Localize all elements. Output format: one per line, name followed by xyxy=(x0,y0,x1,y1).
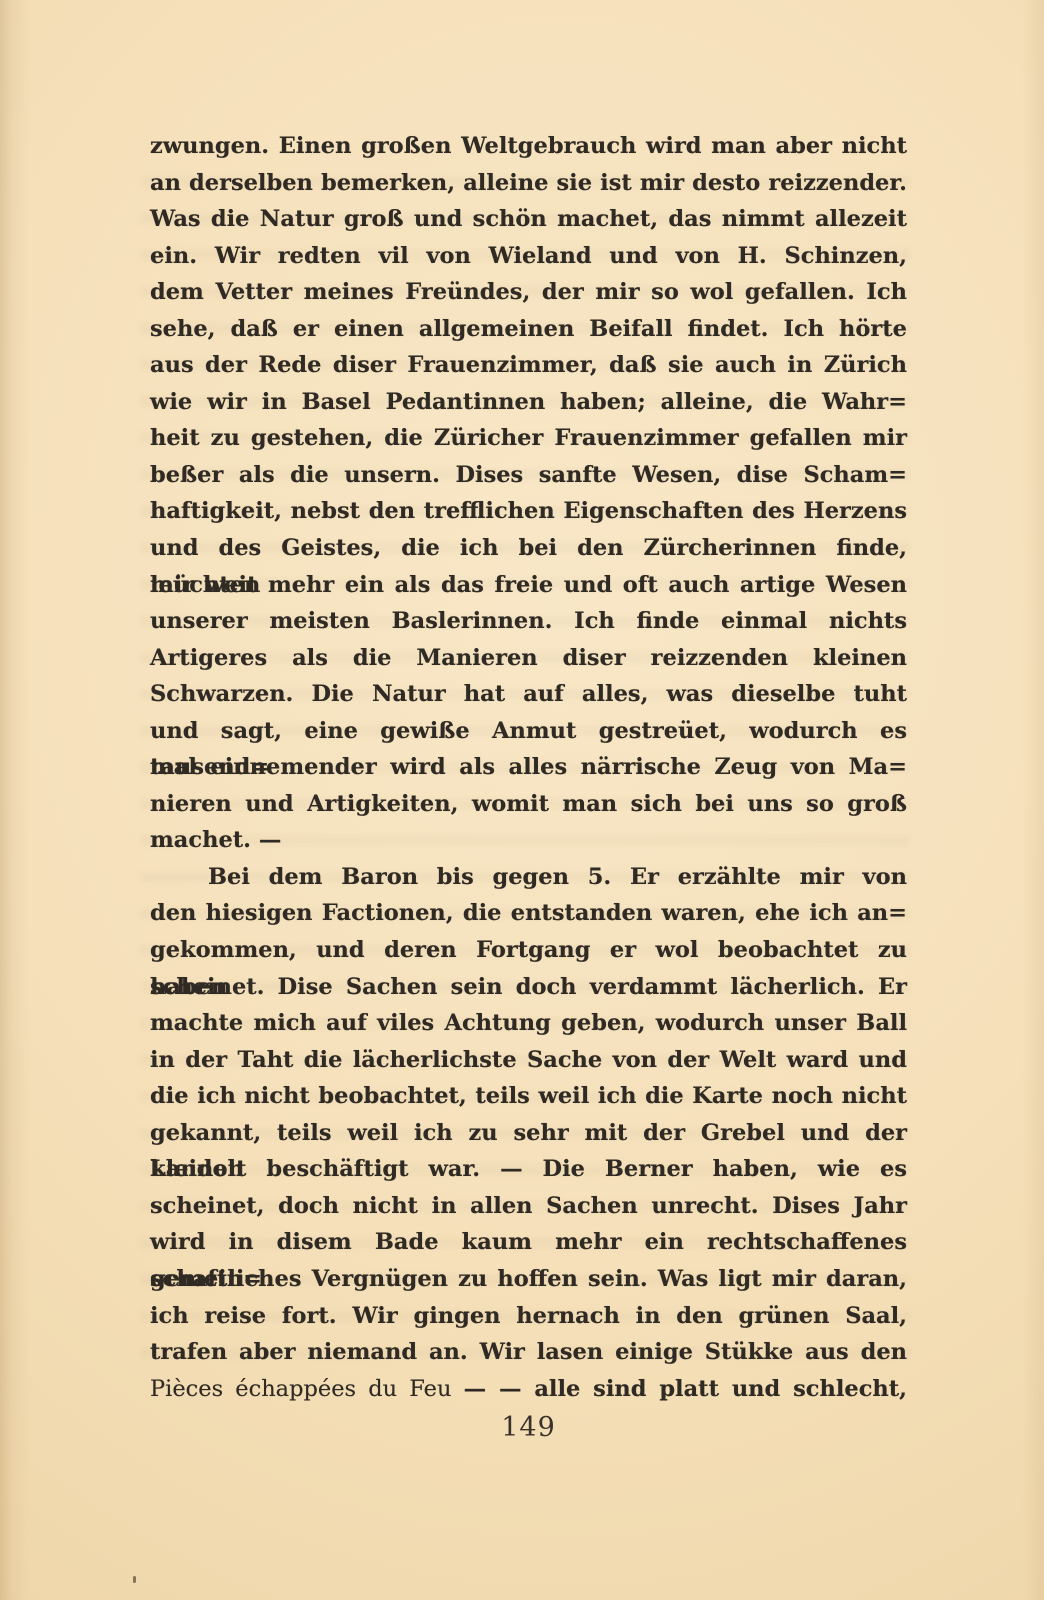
fraktur-text-segment: trafen aber niemand an. Wir lasen einige… xyxy=(150,1339,907,1365)
fraktur-text-segment: heit zu gestehen, die Züricher Frauenzim… xyxy=(150,425,907,451)
fraktur-text-segment: haftigkeit, nebst den trefflichen Eigens… xyxy=(150,498,907,524)
text-line: machte mich auf viles Achtung geben, wod… xyxy=(150,1005,907,1042)
fraktur-text-segment: — — alle sind platt und schlecht, xyxy=(464,1376,907,1402)
text-line: in der Taht die lächerlichste Sache von … xyxy=(150,1042,907,1079)
roman-text-segment: Pièces échappées du Feu xyxy=(150,1376,464,1402)
fraktur-text-segment: machet. — xyxy=(150,827,281,853)
text-line: scheinet, doch nicht in allen Sachen unr… xyxy=(150,1188,907,1225)
text-line: machet. — xyxy=(150,822,907,859)
fraktur-text-segment: Bei dem Baron bis gegen 5. Er erzählte m… xyxy=(208,864,907,890)
text-line: wie wir in Basel Pedantinnen haben; alle… xyxy=(150,384,907,421)
text-line: scheinet. Dise Sachen sein doch verdammt… xyxy=(150,969,907,1006)
fraktur-text-segment: zwungen. Einen großen Weltgebrauch wird … xyxy=(150,133,907,159)
text-line: sehe, daß er einen allgemeinen Beifall f… xyxy=(150,311,907,348)
text-line: mal einnemender wird als alles närrische… xyxy=(150,749,907,786)
text-line: dem Vetter meines Freündes, der mir so w… xyxy=(150,274,907,311)
text-line: nieren und Artigkeiten, womit man sich b… xyxy=(150,786,907,823)
paper-speck xyxy=(133,1576,136,1583)
text-line: wird in disem Bade kaum mehr ein rechtsc… xyxy=(150,1224,907,1261)
text-line: schaftliches Vergnügen zu hoffen sein. W… xyxy=(150,1261,907,1298)
fraktur-text-segment: scheinet. Dise Sachen sein doch verdammt… xyxy=(150,974,907,1000)
text-line: Landolt beschäftigt war. — Die Berner ha… xyxy=(150,1151,907,1188)
text-line: an derselben bemerken, alleine sie ist m… xyxy=(150,165,907,202)
fraktur-text-segment: beßer als die unsern. Dises sanfte Wesen… xyxy=(150,462,907,488)
fraktur-text-segment: nieren und Artigkeiten, womit man sich b… xyxy=(150,791,907,817)
fraktur-text-segment: Was die Natur groß und schön machet, das… xyxy=(150,206,907,232)
fraktur-text-segment: sehe, daß er einen allgemeinen Beifall f… xyxy=(150,316,907,342)
fraktur-text-segment: schaftliches Vergnügen zu hoffen sein. W… xyxy=(150,1266,907,1292)
fraktur-text-segment: machte mich auf viles Achtung geben, wod… xyxy=(150,1010,907,1036)
text-line: gekannt, teils weil ich zu sehr mit der … xyxy=(150,1115,907,1152)
text-line: die ich nicht beobachtet, teils weil ich… xyxy=(150,1078,907,1115)
text-line: heit zu gestehen, die Züricher Frauenzim… xyxy=(150,420,907,457)
text-line: Schwarzen. Die Natur hat auf alles, was … xyxy=(150,676,907,713)
fraktur-text-segment: ein. Wir redten vil von Wieland und von … xyxy=(150,243,907,269)
text-line: haftigkeit, nebst den trefflichen Eigens… xyxy=(150,493,907,530)
text-line: unserer meisten Baslerinnen. Ich finde e… xyxy=(150,603,907,640)
fraktur-text-segment: mir weit mehr ein als das freie und oft … xyxy=(150,572,907,598)
fraktur-text-segment: Artigeres als die Manieren diser reizzen… xyxy=(150,645,907,671)
fraktur-text-segment: mal einnemender wird als alles närrische… xyxy=(150,754,907,780)
text-line: Artigeres als die Manieren diser reizzen… xyxy=(150,640,907,677)
fraktur-text-segment: Landolt beschäftigt war. — Die Berner ha… xyxy=(150,1156,907,1182)
text-line: aus der Rede diser Frauenzimmer, daß sie… xyxy=(150,347,907,384)
text-line: gekommen, und deren Fortgang er wol beob… xyxy=(150,932,907,969)
text-line: und sagt, eine gewiße Anmut gestreüet, w… xyxy=(150,713,907,750)
book-page-scan: zwungen. Einen großen Weltgebrauch wird … xyxy=(0,0,1044,1600)
fraktur-text-segment: unserer meisten Baslerinnen. Ich finde e… xyxy=(150,608,907,634)
text-line: Bei dem Baron bis gegen 5. Er erzählte m… xyxy=(150,859,907,896)
text-line: ich reise fort. Wir gingen hernach in de… xyxy=(150,1298,907,1335)
fraktur-text-segment: wie wir in Basel Pedantinnen haben; alle… xyxy=(150,389,907,415)
text-line: zwungen. Einen großen Weltgebrauch wird … xyxy=(150,128,907,165)
fraktur-text-segment: dem Vetter meines Freündes, der mir so w… xyxy=(150,279,907,305)
fraktur-text-segment: an derselben bemerken, alleine sie ist m… xyxy=(150,170,907,196)
text-line: trafen aber niemand an. Wir lasen einige… xyxy=(150,1334,907,1371)
fraktur-text-segment: in der Taht die lächerlichste Sache von … xyxy=(150,1047,907,1073)
text-line: und des Geistes, die ich bei den Zürcher… xyxy=(150,530,907,567)
fraktur-text-segment: die ich nicht beobachtet, teils weil ich… xyxy=(150,1083,907,1109)
fraktur-text-segment: scheinet, doch nicht in allen Sachen unr… xyxy=(150,1193,907,1219)
text-line: ein. Wir redten vil von Wieland und von … xyxy=(150,238,907,275)
text-block: zwungen. Einen großen Weltgebrauch wird … xyxy=(150,128,907,1407)
fraktur-text-segment: Schwarzen. Die Natur hat auf alles, was … xyxy=(150,681,907,707)
text-line: Pièces échappées du Feu — — alle sind pl… xyxy=(150,1371,907,1408)
text-line: beßer als die unsern. Dises sanfte Wesen… xyxy=(150,457,907,494)
fraktur-text-segment: aus der Rede diser Frauenzimmer, daß sie… xyxy=(150,352,907,378)
fraktur-text-segment: ich reise fort. Wir gingen hernach in de… xyxy=(150,1303,907,1329)
text-line: mir weit mehr ein als das freie und oft … xyxy=(150,567,907,604)
fraktur-text-segment: den hiesigen Factionen, die entstanden w… xyxy=(150,900,907,926)
text-line: den hiesigen Factionen, die entstanden w… xyxy=(150,895,907,932)
page-number: 149 xyxy=(150,1412,907,1443)
text-line: Was die Natur groß und schön machet, das… xyxy=(150,201,907,238)
